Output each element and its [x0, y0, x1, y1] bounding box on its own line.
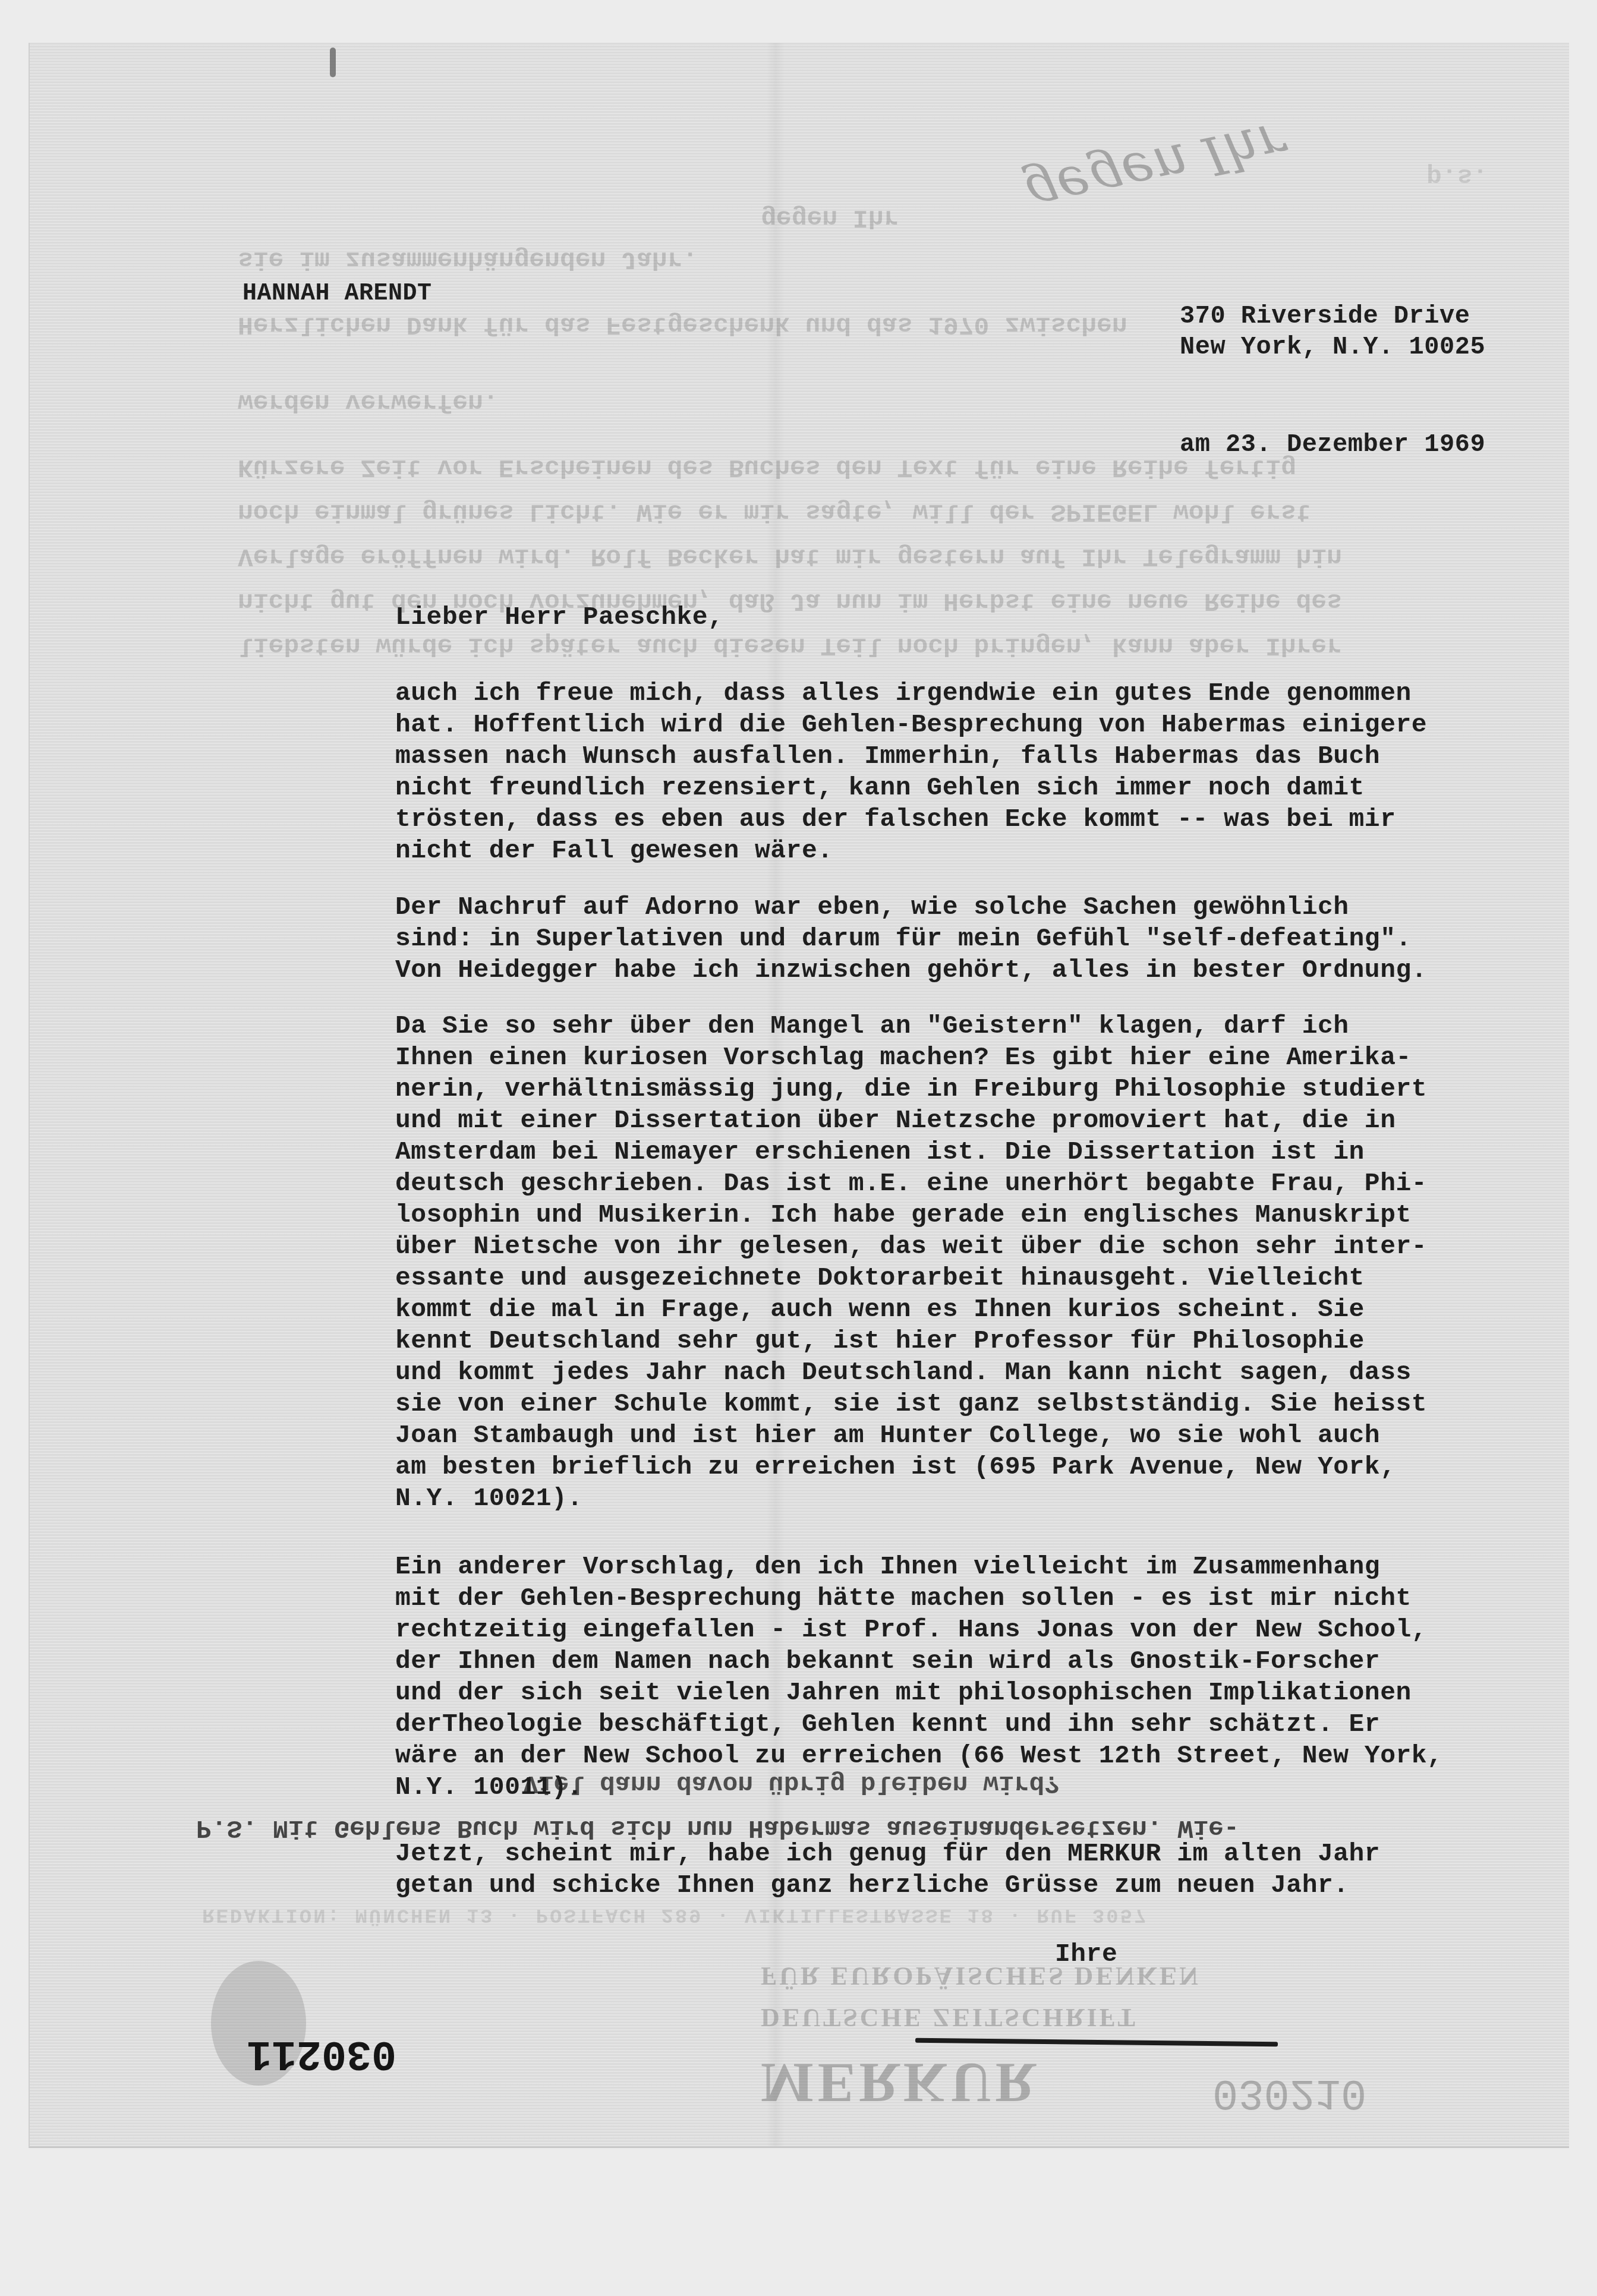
text-line: derTheologie beschäftigt, Gehlen kennt u… — [395, 1708, 1380, 1740]
ghost-line: Herzlichen Dank für das Festgeschenk und… — [238, 309, 1127, 340]
text-line: trösten, dass es eben aus der falschen E… — [395, 803, 1396, 835]
closing: Ihre — [1055, 1938, 1117, 1970]
ghost-corner: p.s. — [1426, 160, 1488, 192]
text-line: Der Nachruf auf Adorno war eben, wie sol… — [395, 891, 1349, 923]
text-line: mit der Gehlen-Besprechung hätte machen … — [395, 1582, 1412, 1614]
text-line: nerin, verhältnismässig jung, die in Fre… — [395, 1073, 1427, 1105]
ghost-letterhead-number: 030210 — [1212, 2068, 1366, 2117]
text-line: nicht freundlich rezensiert, kann Gehlen… — [395, 772, 1365, 803]
text-line: und mit einer Dissertation über Nietzsch… — [395, 1105, 1396, 1136]
text-line: der Ihnen dem Namen nach bekannt sein wi… — [395, 1645, 1380, 1677]
address-line-2: New York, N.Y. 10025 — [1180, 332, 1485, 363]
text-line: Ihnen einen kuriosen Vorschlag machen? E… — [395, 1042, 1412, 1073]
archive-stamp-number: 030211 — [247, 2029, 396, 2076]
salutation: Lieber Herr Paeschke, — [395, 601, 723, 633]
text-line: rechtzeitig eingefallen - ist Prof. Hans… — [395, 1614, 1427, 1645]
text-line: und der sich seit vielen Jahren mit phil… — [395, 1677, 1412, 1708]
text-line: deutsch geschrieben. Das ist m.E. eine u… — [395, 1168, 1427, 1199]
ghost-note: gegen Ihr — [761, 202, 899, 234]
sender-name: HANNAH ARENDT — [242, 278, 432, 310]
ink-mark — [330, 48, 336, 77]
text-line: über Nietsche von ihr gelesen, das weit … — [395, 1231, 1427, 1262]
text-line: essante und ausgezeichnete Doktorarbeit … — [395, 1262, 1365, 1294]
text-line: Da Sie so sehr über den Mangel an "Geist… — [395, 1010, 1349, 1042]
ghost-line: liebsten würde ich später auch diesen Te… — [238, 630, 1342, 661]
text-line: kommt die mal in Frage, auch wenn es Ihn… — [395, 1294, 1365, 1325]
letter-date: am 23. Dezember 1969 — [1180, 429, 1485, 461]
ghost-letterhead-footer: REDAKTION: MÜNCHEN 13 · POSTFACH 289 · V… — [202, 1898, 1148, 1930]
text-line: sind: in Superlativen und darum für mein… — [395, 923, 1412, 954]
ghost-line-strong: Viel dann davon übrig bleiben wird? — [523, 1768, 1060, 1799]
text-line: hat. Hoffentlich wird die Gehlen-Besprec… — [395, 709, 1427, 740]
text-line: Joan Stambaugh und ist hier am Hunter Co… — [395, 1420, 1380, 1451]
text-line: am besten brieflich zu erreichen ist (69… — [395, 1451, 1396, 1483]
text-line: nicht der Fall gewesen wäre. — [395, 835, 833, 866]
text-line: kennt Deutschland sehr gut, ist hier Pro… — [395, 1325, 1365, 1357]
address-line-1: 370 Riverside Drive — [1180, 301, 1470, 332]
text-line: auch ich freue mich, dass alles irgendwi… — [395, 677, 1412, 709]
text-line: N.Y. 10011). — [395, 1771, 583, 1803]
text-line: Ein anderer Vorschlag, den ich Ihnen vie… — [395, 1551, 1380, 1582]
ghost-line: sie im zusammenhängenden Jahr. — [238, 244, 698, 275]
text-line: losophin und Musikerin. Ich habe gerade … — [395, 1199, 1412, 1231]
text-line: massen nach Wunsch ausfallen. Immerhin, … — [395, 740, 1380, 772]
ghost-line: Kürzere Zeit vor Erscheinen des Buches d… — [238, 452, 1296, 483]
text-line: N.Y. 10021). — [395, 1483, 583, 1514]
text-line: wäre an der New School zu erreichen (66 … — [395, 1740, 1442, 1771]
ghost-line: noch einmal grünes Licht. Wie er mir sag… — [238, 496, 1311, 528]
ghost-line: Verlage eröffnen wird. Rolf Becker hat m… — [238, 541, 1342, 572]
ghost-letterhead-line2: DEUTSCHE ZEITSCHRIFT — [761, 2002, 1138, 2033]
text-line: getan und schicke Ihnen ganz herzliche G… — [395, 1869, 1349, 1901]
text-line: Amsterdam bei Niemayer erschienen ist. D… — [395, 1136, 1365, 1168]
text-line: sie von einer Schule kommt, sie ist ganz… — [395, 1388, 1427, 1420]
text-line: Von Heidegger habe ich inzwischen gehört… — [395, 954, 1427, 986]
ghost-letterhead-title: MERKUR — [761, 2050, 1040, 2115]
ghost-line: werden verwerfen. — [238, 386, 499, 418]
text-line: und kommt jedes Jahr nach Deutschland. M… — [395, 1357, 1412, 1388]
text-line: Jetzt, scheint mir, habe ich genug für d… — [395, 1838, 1380, 1869]
ghost-letterhead-line1: FÜR EUROPÄISCHES DENKEN — [761, 1961, 1201, 1991]
